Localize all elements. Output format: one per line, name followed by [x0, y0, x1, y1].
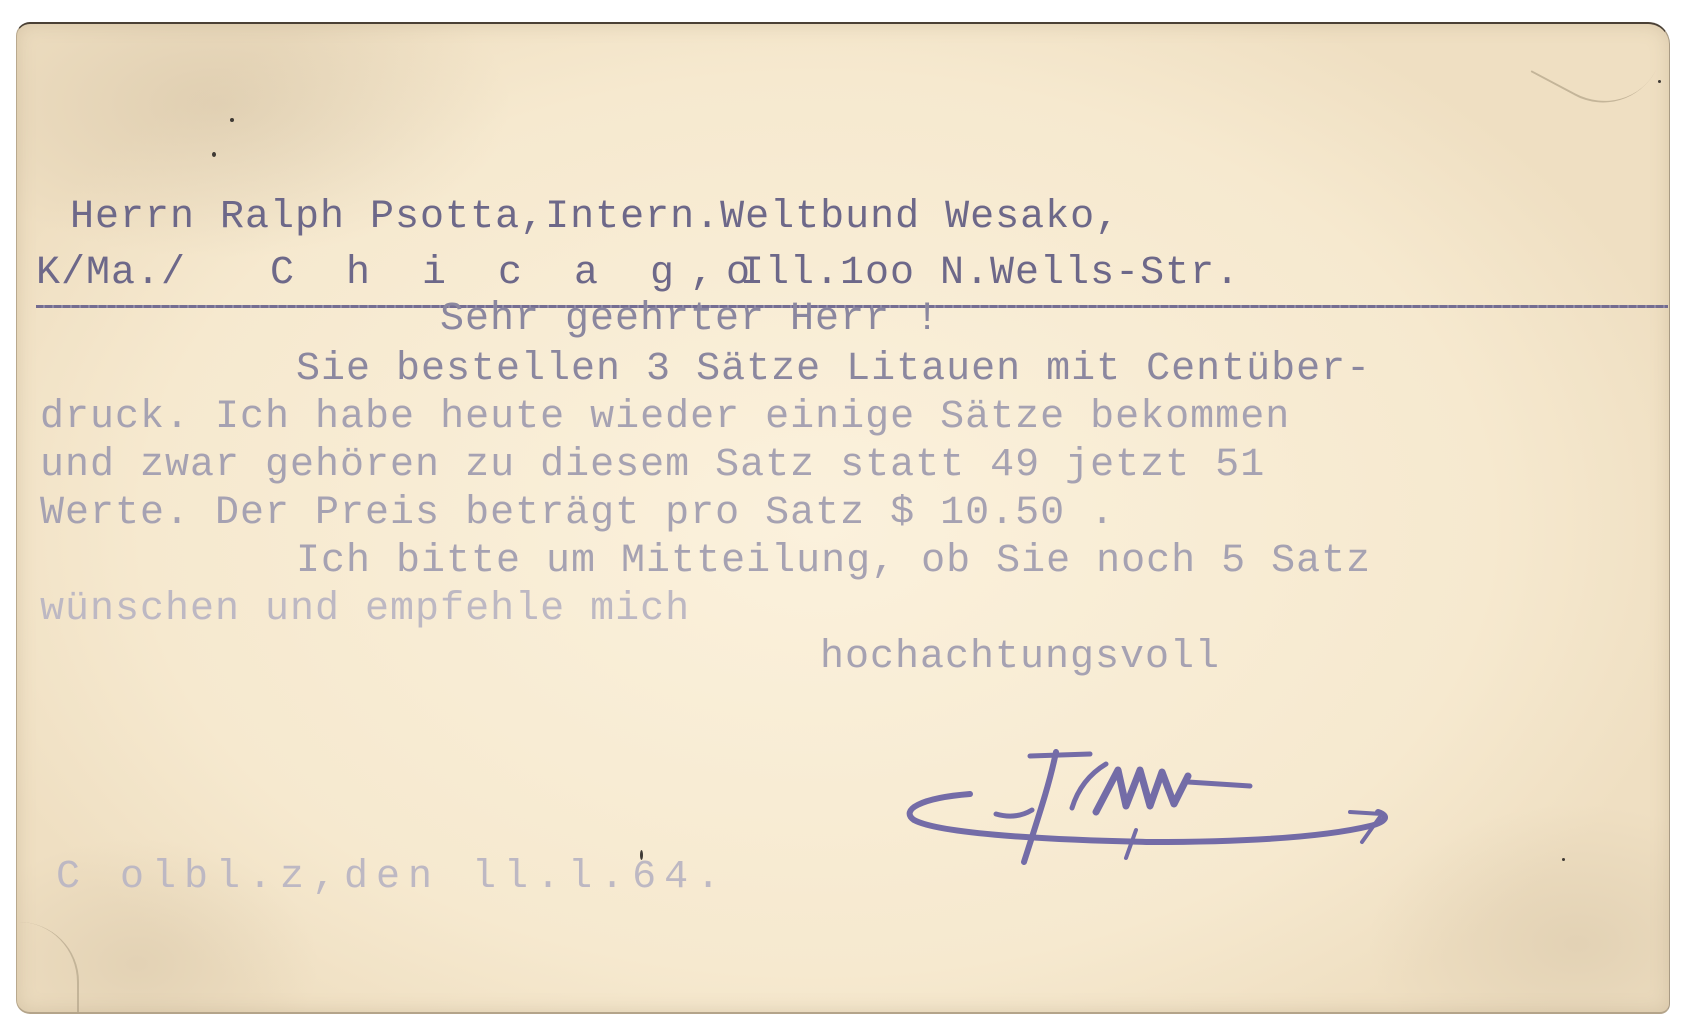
signature — [900, 742, 1420, 882]
paper-speck — [1658, 80, 1661, 83]
paper-speck — [640, 850, 643, 860]
body-line: Werte. Der Preis beträgt pro Satz $ 10.5… — [40, 494, 1115, 534]
body-line: wünschen und empfehle mich — [40, 590, 690, 630]
paper-speck — [230, 118, 234, 122]
body-line: und zwar gehören zu diesem Satz statt 49… — [40, 446, 1265, 486]
reference-mark: K/Ma./ — [36, 254, 186, 294]
closing: hochachtungsvoll — [820, 638, 1220, 678]
paper-speck — [212, 152, 216, 157]
body-line: Ich bitte um Mitteilung, ob Sie noch 5 S… — [296, 542, 1371, 582]
body-line: druck. Ich habe heute wieder einige Sätz… — [40, 398, 1290, 438]
body-line: Sie bestellen 3 Sätze Litauen mit Centüb… — [296, 350, 1371, 390]
salutation: Sehr geehrter Herr ! — [440, 300, 940, 340]
address-line-1: Herrn Ralph Psotta,Intern.Weltbund Wesak… — [70, 198, 1120, 238]
place-and-date: C olbl.z,den ll.l.64. — [56, 858, 728, 898]
corner-crease — [17, 922, 79, 1012]
address-street: , Ill.1oo N.Wells-Str. — [690, 254, 1240, 294]
corner-crease — [1531, 8, 1662, 123]
paper-speck — [1562, 858, 1565, 861]
